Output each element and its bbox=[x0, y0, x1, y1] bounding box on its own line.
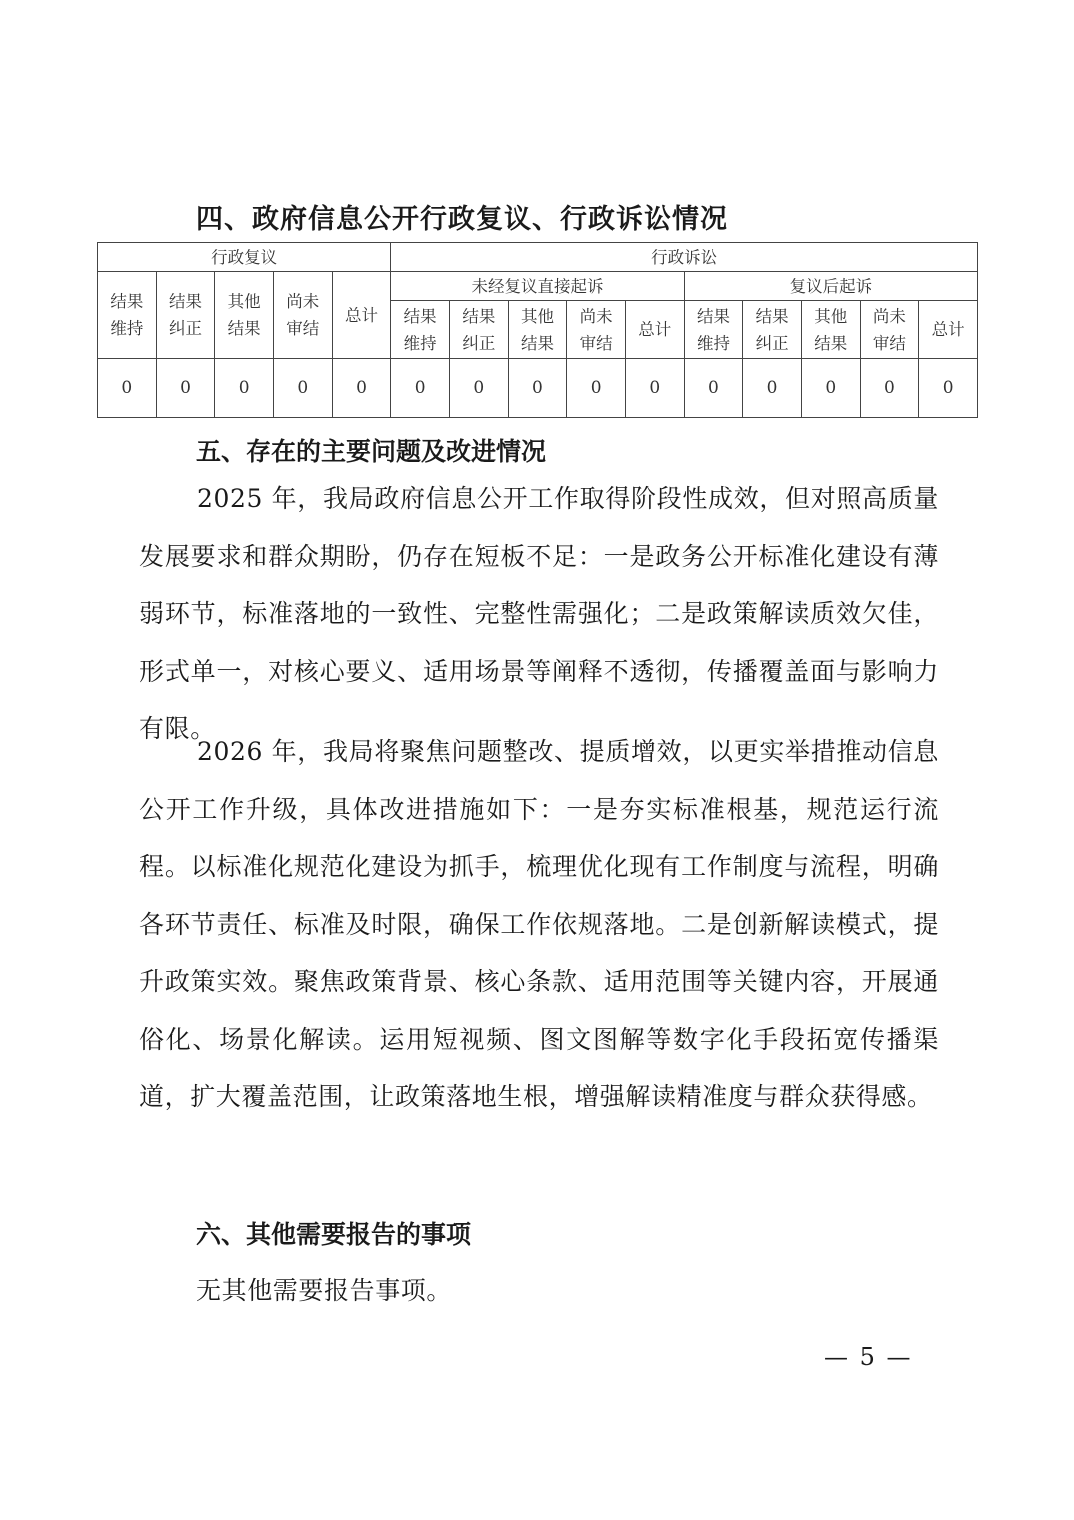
col-other: 其他结果 bbox=[215, 272, 274, 359]
cell-value: 0 bbox=[273, 359, 332, 418]
col-maintain: 结果维持 bbox=[391, 301, 450, 359]
col-correct: 结果纠正 bbox=[449, 301, 508, 359]
section5-title: 五、存在的主要问题及改进情况 bbox=[196, 435, 546, 469]
header-direct-suit: 未经复议直接起诉 bbox=[391, 272, 684, 301]
col-maintain: 结果维持 bbox=[98, 272, 157, 359]
section6-title: 六、其他需要报告的事项 bbox=[196, 1218, 471, 1252]
table-row: 0 0 0 0 0 0 0 0 0 0 0 0 0 0 0 bbox=[98, 359, 978, 418]
section4-title: 四、政府信息公开行政复议、行政诉讼情况 bbox=[196, 202, 728, 238]
cell-value: 0 bbox=[508, 359, 567, 418]
col-maintain: 结果维持 bbox=[684, 301, 743, 359]
cell-value: 0 bbox=[156, 359, 215, 418]
col-other: 其他结果 bbox=[508, 301, 567, 359]
cell-value: 0 bbox=[860, 359, 919, 418]
cell-value: 0 bbox=[449, 359, 508, 418]
section5-paragraph-1: 2025 年，我局政府信息公开工作取得阶段性成效，但对照高质量发展要求和群众期盼… bbox=[139, 470, 939, 758]
section6-body: 无其他需要报告事项。 bbox=[196, 1274, 452, 1308]
header-litigation: 行政诉讼 bbox=[391, 243, 978, 272]
col-pending: 尚未审结 bbox=[273, 272, 332, 359]
col-correct: 结果纠正 bbox=[156, 272, 215, 359]
cell-value: 0 bbox=[684, 359, 743, 418]
cell-value: 0 bbox=[215, 359, 274, 418]
header-after-review-suit: 复议后起诉 bbox=[684, 272, 977, 301]
cell-value: 0 bbox=[801, 359, 860, 418]
col-pending: 尚未审结 bbox=[567, 301, 626, 359]
col-total: 总计 bbox=[625, 301, 684, 359]
cell-value: 0 bbox=[567, 359, 626, 418]
section5-paragraph-2: 2026 年，我局将聚焦问题整改、提质增效，以更实举措推动信息公开工作升级，具体… bbox=[139, 723, 939, 1126]
header-reconsideration: 行政复议 bbox=[98, 243, 391, 272]
cell-value: 0 bbox=[743, 359, 802, 418]
col-pending: 尚未审结 bbox=[860, 301, 919, 359]
cell-value: 0 bbox=[98, 359, 157, 418]
review-litigation-table: 行政复议 行政诉讼 结果维持 结果纠正 其他结果 尚未审结 总计 未经复议直接起… bbox=[97, 242, 978, 418]
col-total: 总计 bbox=[919, 301, 978, 359]
col-correct: 结果纠正 bbox=[743, 301, 802, 359]
col-other: 其他结果 bbox=[801, 301, 860, 359]
col-total: 总计 bbox=[332, 272, 391, 359]
cell-value: 0 bbox=[625, 359, 684, 418]
cell-value: 0 bbox=[919, 359, 978, 418]
page-number: — 5 — bbox=[824, 1343, 913, 1371]
cell-value: 0 bbox=[332, 359, 391, 418]
cell-value: 0 bbox=[391, 359, 450, 418]
